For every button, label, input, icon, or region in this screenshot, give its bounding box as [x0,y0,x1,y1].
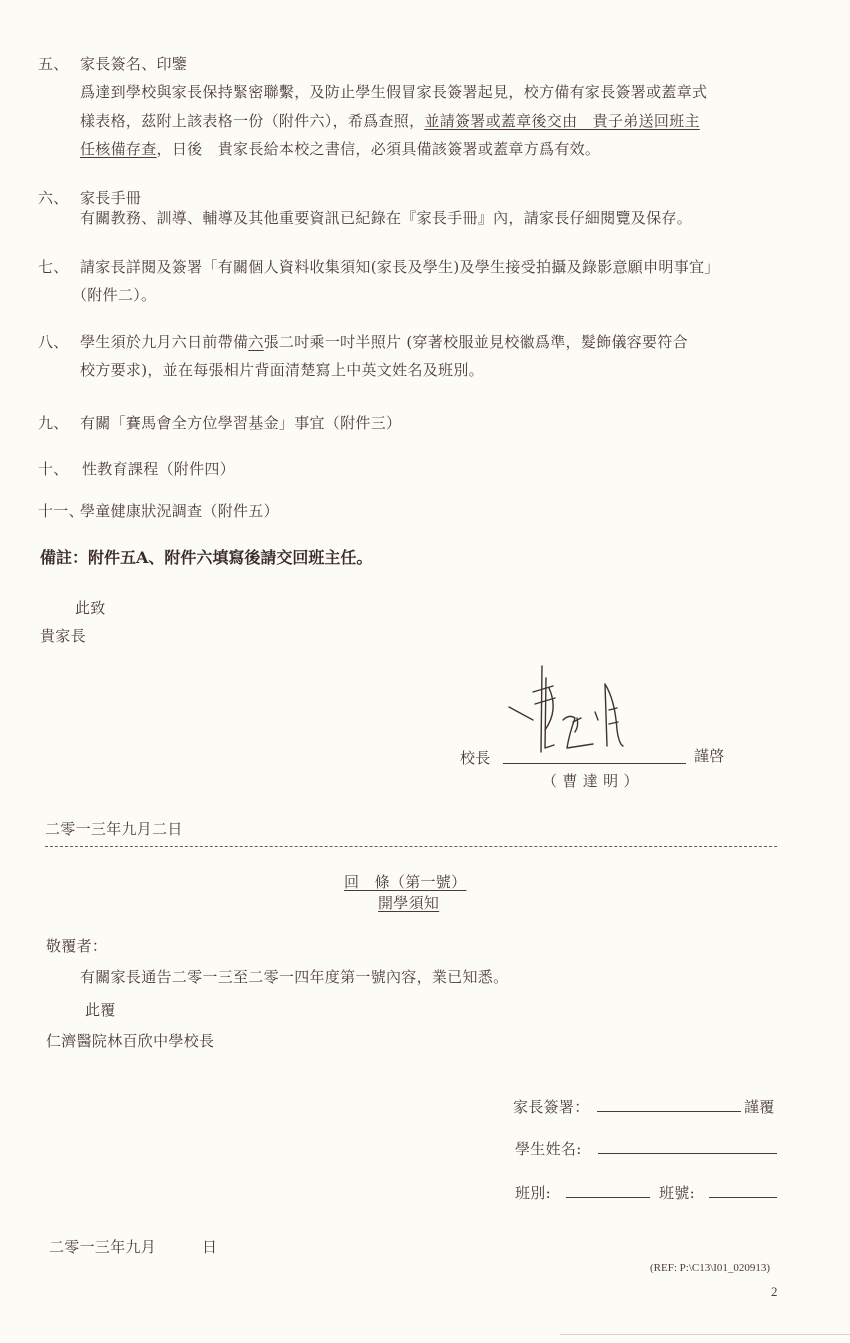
reply-greeting: 敬覆者： [46,935,107,956]
section-5-title: 家長簽名、印鑒 [80,53,187,74]
class-label: 班別: [515,1182,551,1203]
class-field[interactable] [566,1197,650,1198]
closing-recipient: 貴家長 [40,625,86,646]
section-5-line-1: 爲達到學校與家長保持緊密聯繫，及防止學生假冒家長簽署起見，校方備有家長簽署或蓋章… [80,81,707,102]
section-9-title: 有關「賽馬會全方位學習基金」事宜（附件三） [80,412,401,433]
reply-recipient: 仁濟醫院林百欣中學校長 [46,1030,214,1051]
parent-signature-field[interactable] [597,1111,741,1112]
reply-date: 二零一三年九月 日 [49,1236,217,1257]
section-8-number: 八、 [38,331,69,352]
section-8-line-1: 校方要求)，並在每張相片背面清楚寫上中英文姓名及班別。 [80,359,484,380]
section-6-line-1: 有關教務、訓導、輔導及其他重要資訊已紀錄在『家長手冊』內，請家長仔細閱覽及保存。 [80,207,692,228]
reply-body: 有關家長通告二零一三至二零一四年度第一號內容，業已知悉。 [80,966,508,987]
closing-salutation: 此致 [75,597,106,618]
student-name-label: 學生姓名: [515,1138,582,1159]
class-number-label: 班號: [659,1182,695,1203]
document-reference: (REF: P:\C13\I01_020913) [650,1262,770,1274]
section-5-line-3-text: ，日後 貴家長給本校之書信，必須具備該簽署或蓋章方爲有效。 [157,140,601,158]
section-8-photo-count: 六 [248,333,263,351]
principal-label: 校長 [460,747,491,768]
section-8-title-post: 張二吋乘一吋半照片 (穿著校服並見校徽爲準，髮飾儀容要符合 [264,333,688,351]
section-9-number: 九、 [38,412,69,433]
principal-signature-line [503,763,686,764]
page-number: 2 [771,1284,778,1300]
section-5-underlined-instruction-end: 任核備存查 [80,140,157,158]
section-5-number: 五、 [38,53,69,74]
section-7-title: 請家長詳閱及簽署「有關個人資料收集須知(家長及學生)及學生接受拍攝及錄影意願申明… [80,256,720,277]
principal-name: （ 曹 達 明 ） [542,770,639,791]
page-edge [560,1334,850,1335]
class-number-field[interactable] [709,1197,777,1198]
parent-signature-closing: 謹覆 [744,1096,775,1117]
section-10-title: 性教育課程（附件四） [82,458,235,479]
section-5-line-3: 任核備存查，日後 貴家長給本校之書信，必須具備該簽署或蓋章方爲有效。 [80,138,600,159]
section-5-line-2-text: 樣表格，茲附上該表格一份（附件六），希爲查照， [80,112,424,130]
section-5-line-2: 樣表格，茲附上該表格一份（附件六），希爲查照，並請簽署或蓋章後交由 貴子弟送回班… [80,110,700,131]
reply-slip-subtitle: 開學須知 [378,892,439,913]
parent-signature-label: 家長簽署： [513,1096,590,1117]
section-6-number: 六、 [38,187,69,208]
reply-salutation: 此覆 [85,999,116,1020]
section-5-underlined-instruction: 並請簽署或蓋章後交由 貴子弟送回班主 [424,112,699,130]
section-11-title: 學童健康狀況調查（附件五） [80,500,279,521]
section-11-number: 十一、 [38,500,84,521]
section-8-title: 學生須於九月六日前帶備六張二吋乘一吋半照片 (穿著校服並見校徽爲準，髮飾儀容要符… [80,331,688,352]
tear-off-line [45,846,777,847]
notice-date: 二零一三年九月二日 [45,818,183,839]
section-7-number: 七、 [38,256,69,277]
section-8-title-pre: 學生須於九月六日前帶備 [80,333,248,351]
remark: 備註：附件五A、附件六填寫後請交回班主任。 [40,545,372,568]
reply-slip-title: 回 條（第一號） [344,871,466,892]
principal-closing: 謹啓 [694,745,725,766]
principal-signature-icon [505,660,635,765]
section-10-number: 十、 [38,458,69,479]
section-6-title: 家長手冊 [80,187,141,208]
student-name-field[interactable] [598,1153,777,1154]
section-7-line-1: （附件二）。 [72,284,156,305]
